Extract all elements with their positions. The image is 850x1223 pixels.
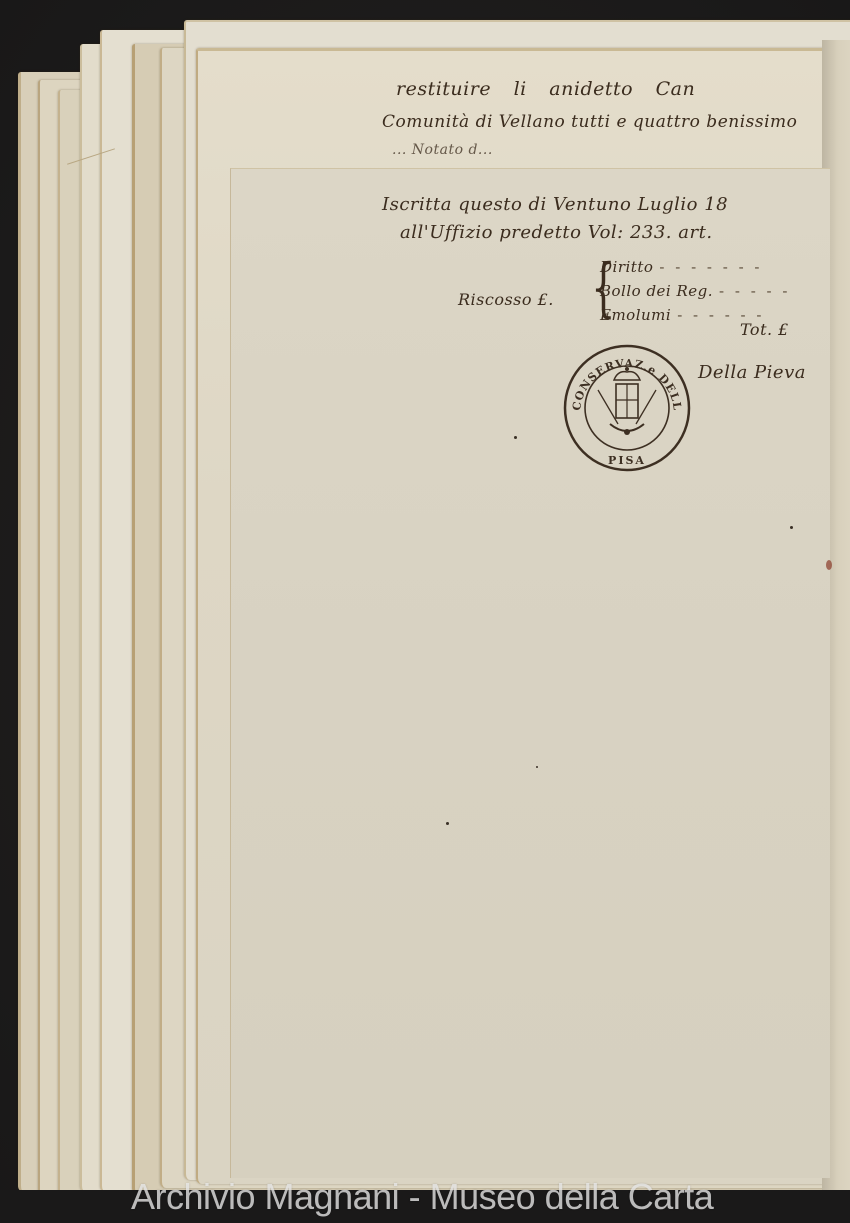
- svg-text:PISA: PISA: [608, 454, 646, 467]
- fee-item: Diritto- - - - - - -: [600, 256, 790, 280]
- fee-dashes: - - - - -: [719, 282, 790, 300]
- ink-speck: [514, 436, 517, 439]
- fees-label: Riscosso £.: [458, 290, 554, 309]
- fee-label: Diritto: [600, 258, 653, 276]
- watermark-text: Archivio Magnani - Museo della Carta: [131, 1176, 713, 1218]
- ink-speck: [446, 822, 449, 825]
- handwriting-line-5: all'Uffizio predetto Vol: 233. art.: [400, 222, 713, 243]
- fee-item: Bollo dei Reg.- - - - -: [600, 280, 790, 304]
- ipoteche-stamp: CONSERVAZ.e DELLE IPOTECHE PISA: [560, 342, 694, 472]
- ink-speck: [536, 766, 538, 768]
- total-line: Tot. £: [740, 320, 789, 339]
- handwriting-line-4: Iscritta questo di Ventuno Luglio 18: [382, 194, 728, 215]
- svg-text:CONSERVAZ.e DELLE IPOTECHE: CONSERVAZ.e DELLE IPOTECHE: [560, 342, 684, 412]
- rust-stain: [826, 560, 832, 570]
- stamp-seal-icon: CONSERVAZ.e DELLE IPOTECHE PISA: [560, 342, 694, 472]
- ink-speck: [790, 526, 793, 529]
- fee-dashes: - - - - - - -: [659, 258, 762, 276]
- handwriting-line-3: ... Notato d...: [392, 142, 493, 158]
- handwriting-line-1: restituire li anidetto Can: [396, 78, 695, 100]
- fee-label: Bollo dei Reg.: [600, 282, 713, 300]
- handwriting-line-2: Comunità di Vellano tutti e quattro beni…: [382, 112, 797, 132]
- document-scan: restituire li anidetto Can Comunità di V…: [0, 0, 850, 1223]
- signature: Della Pieva: [698, 362, 806, 383]
- fee-label: Emolumi: [600, 306, 671, 324]
- fee-list: Diritto- - - - - - - Bollo dei Reg.- - -…: [600, 256, 790, 328]
